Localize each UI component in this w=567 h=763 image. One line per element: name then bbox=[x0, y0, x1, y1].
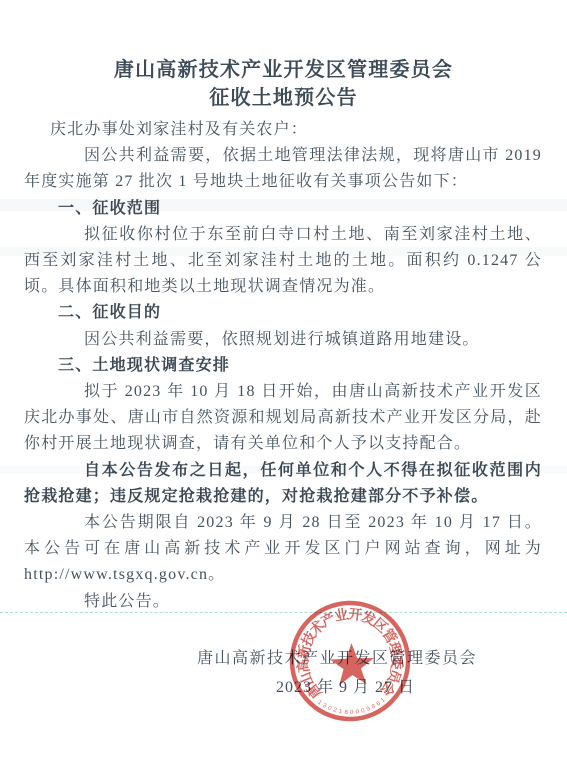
intro-paragraph: 因公共利益需要，依据土地管理法律法规，现将唐山市 2019 年度实施第 27 批… bbox=[24, 143, 542, 195]
section-1-paragraph: 拟征收你村位于东至前白寺口村土地、南至刘家洼村土地、西至刘家洼村土地、北至刘家洼… bbox=[24, 222, 542, 301]
svg-text:8: 8 bbox=[344, 710, 348, 716]
svg-text:术: 术 bbox=[306, 617, 329, 640]
section-1-heading: 一、征收范围 bbox=[24, 196, 542, 222]
signature-organization: 唐山高新技术产业开发区管理委员会 bbox=[0, 645, 477, 668]
svg-text:管: 管 bbox=[378, 626, 400, 647]
signature-date: 2023 年 9 月 27 日 bbox=[0, 674, 415, 697]
document-body: 庆北办事处刘家洼村及有关农户： 因公共利益需要，依据土地管理法律法规，现将唐山市… bbox=[24, 117, 542, 615]
svg-text:0: 0 bbox=[350, 710, 354, 716]
svg-text:0: 0 bbox=[361, 708, 366, 715]
svg-text:1: 1 bbox=[316, 700, 323, 707]
salutation-line: 庆北办事处刘家洼村及有关农户： bbox=[24, 117, 542, 143]
section-3-heading: 三、土地现状调查安排 bbox=[24, 353, 542, 379]
section-3-paragraph: 拟于 2023 年 10 月 18 日开始，由唐山高新技术产业开发区庆北办事处、… bbox=[24, 379, 542, 458]
document-title-subject: 征收土地预公告 bbox=[0, 81, 567, 110]
section-2-heading: 二、征收目的 bbox=[24, 300, 542, 326]
svg-text:6: 6 bbox=[376, 700, 383, 707]
seal-code-number: 1302180009861 bbox=[316, 697, 387, 717]
svg-text:0: 0 bbox=[355, 709, 360, 716]
svg-text:0: 0 bbox=[327, 705, 333, 712]
svg-text:8: 8 bbox=[371, 703, 377, 710]
closing-line: 特此公告。 bbox=[24, 589, 542, 615]
announcement-document: 唐山高新技术产业开发区管理委员会 征收土地预公告 庆北办事处刘家洼村及有关农户：… bbox=[0, 0, 567, 763]
svg-text:2: 2 bbox=[332, 707, 338, 714]
document-title-org: 唐山高新技术产业开发区管理委员会 bbox=[0, 53, 567, 82]
section-2-paragraph: 因公共利益需要，依照规划进行城镇道路用地建设。 bbox=[24, 327, 542, 353]
svg-text:1: 1 bbox=[338, 709, 343, 716]
svg-text:9: 9 bbox=[366, 706, 372, 713]
validity-paragraph: 本公告期限自 2023 年 9 月 28 日至 2023 年 10 月 17 日… bbox=[24, 510, 542, 589]
svg-text:1: 1 bbox=[380, 697, 387, 704]
scan-fold-line bbox=[0, 612, 567, 613]
svg-text:3: 3 bbox=[321, 703, 327, 710]
prohibition-paragraph: 自本公告发布之日起，任何单位和个人不得在拟征收范围内抢栽抢建；违反规定抢栽抢建的… bbox=[24, 458, 542, 510]
svg-text:区: 区 bbox=[369, 615, 390, 636]
